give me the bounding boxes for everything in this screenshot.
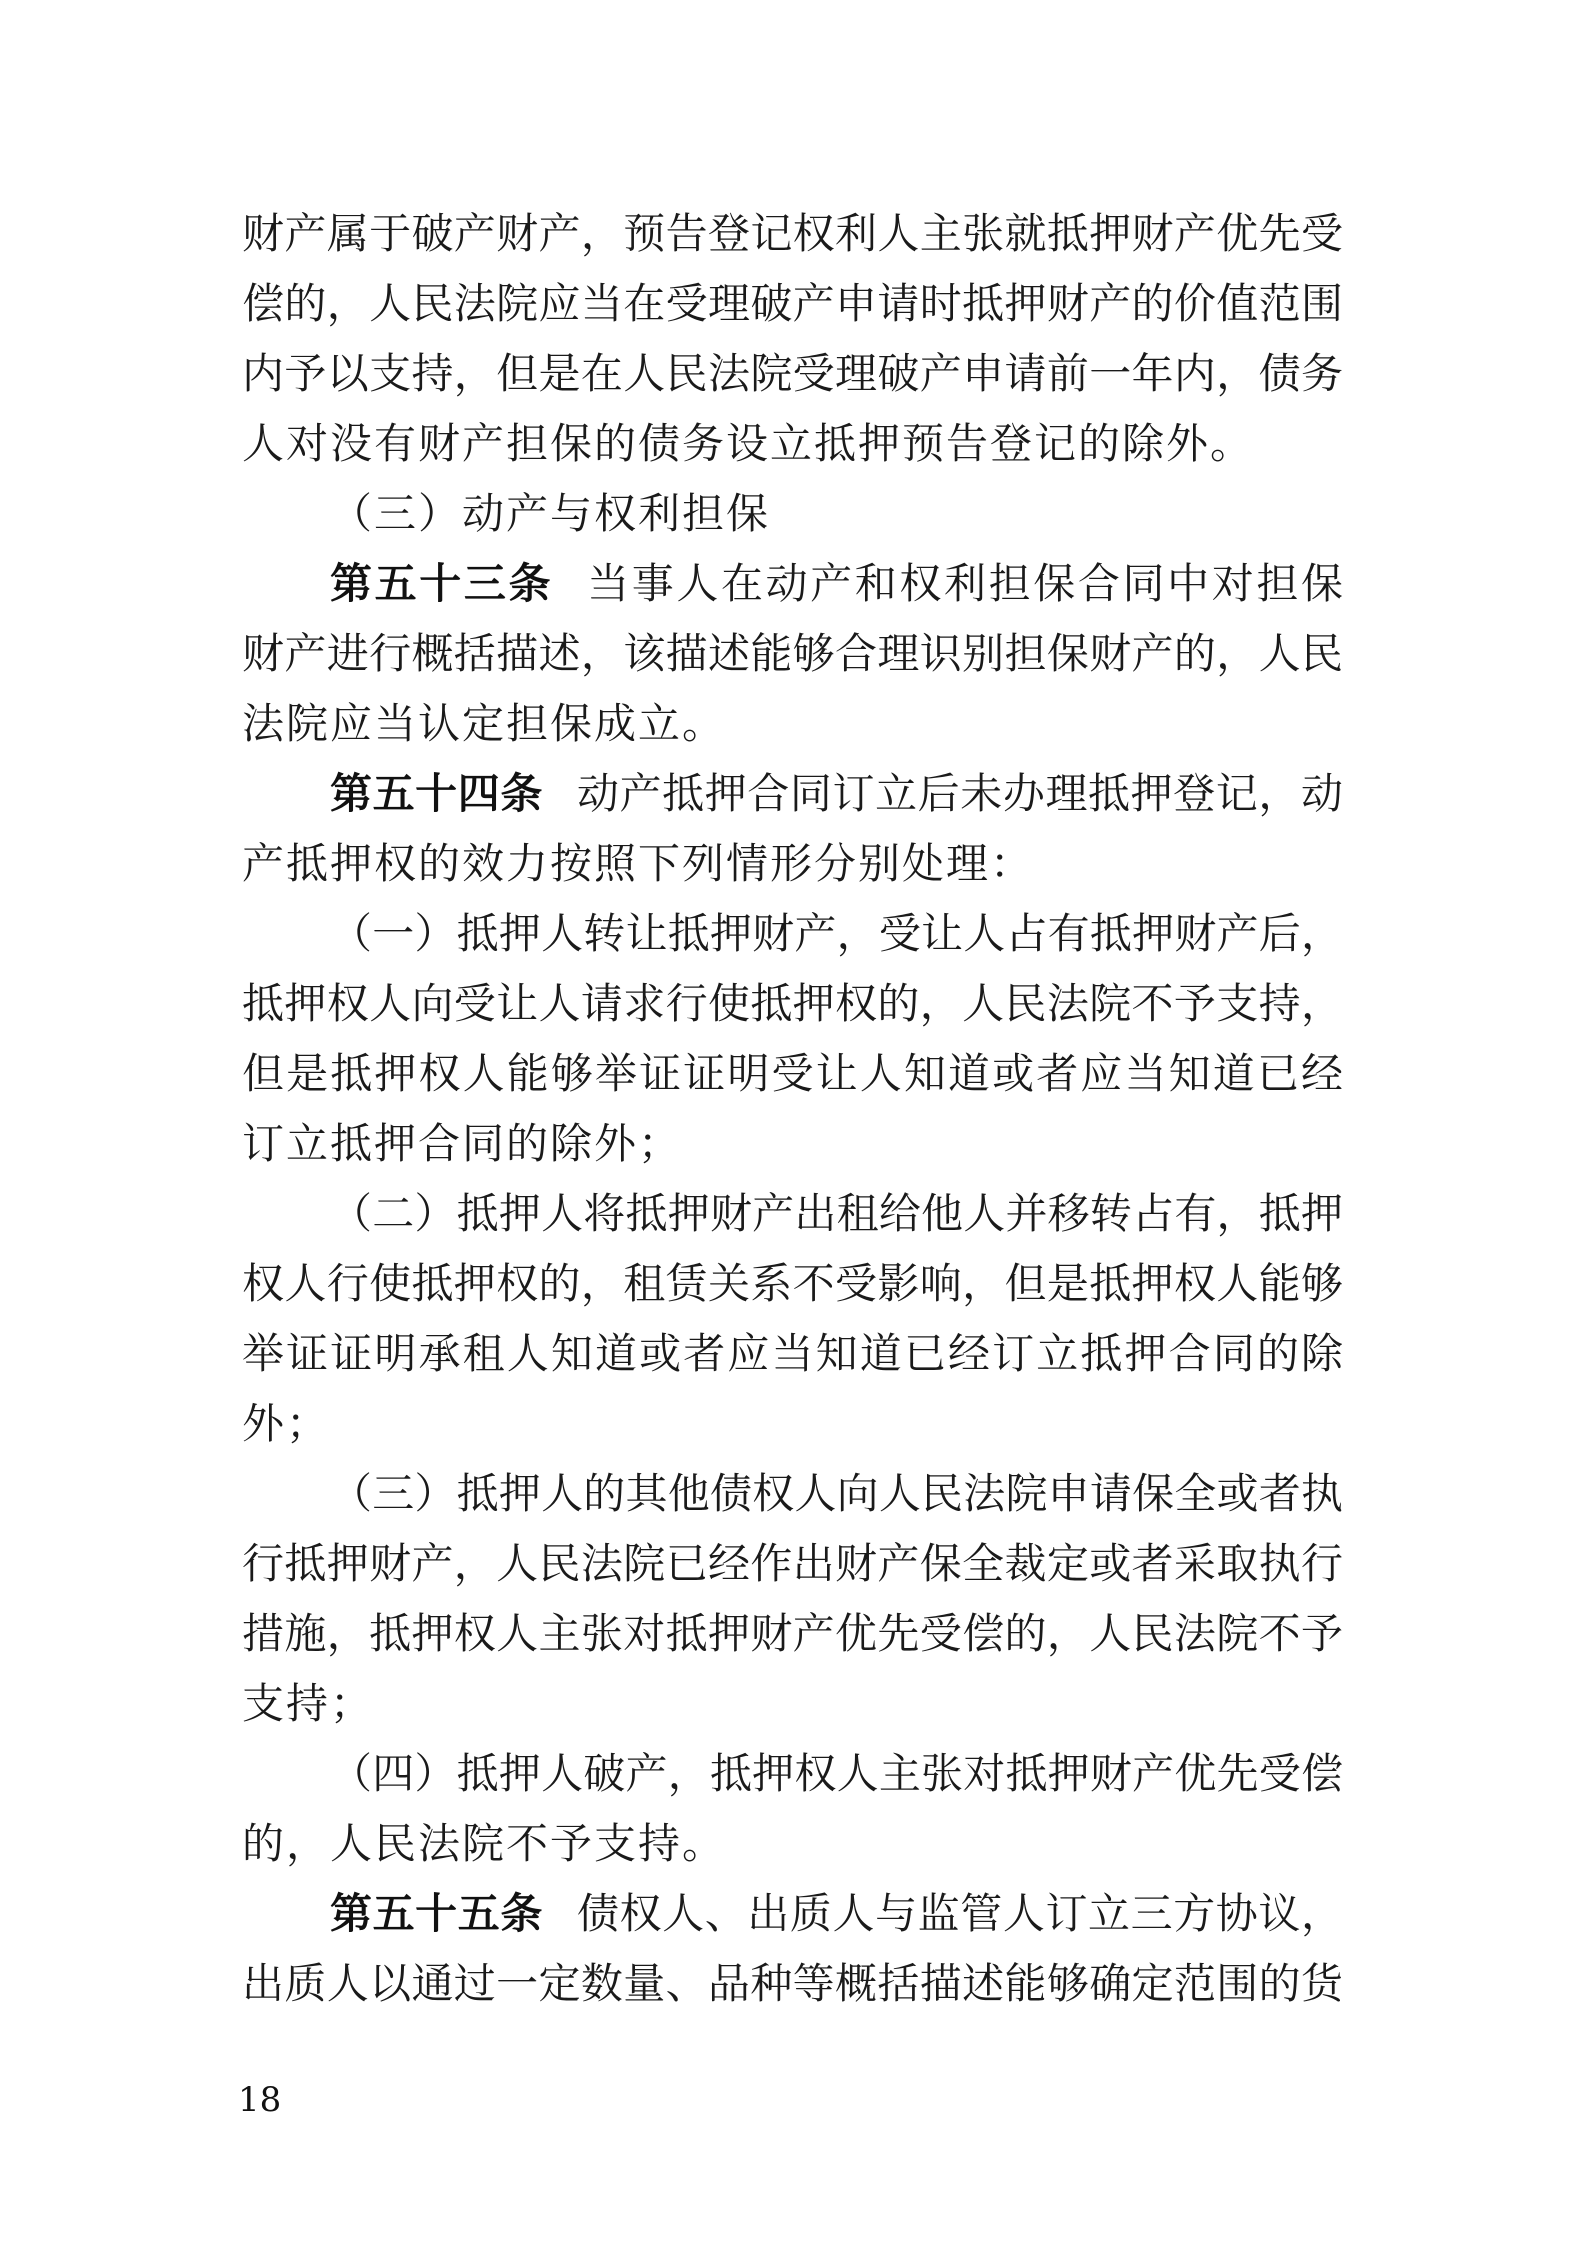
line-text: 动产抵押合同订立后未办理抵押登记，动 [577, 769, 1343, 818]
text-line: （一）抵押人转让抵押财产，受让人占有抵押财产后， [242, 899, 1343, 969]
text-line: 法院应当认定担保成立。 [242, 689, 1343, 759]
text-line: 财产属于破产财产，预告登记权利人主张就抵押财产优先受 [242, 199, 1343, 269]
text-line: （二）抵押人将抵押财产出租给他人并移转占有，抵押 [242, 1179, 1343, 1249]
text-line: 第五十五条债权人、出质人与监管人订立三方协议， [242, 1879, 1343, 1949]
document-page: 财产属于破产财产，预告登记权利人主张就抵押财产优先受偿的，人民法院应当在受理破产… [0, 0, 1587, 2245]
line-text: 债权人、出质人与监管人订立三方协议， [577, 1889, 1343, 1938]
text-line: （四）抵押人破产，抵押权人主张对抵押财产优先受偿 [242, 1739, 1343, 1809]
text-line: 订立抵押合同的除外； [242, 1109, 1343, 1179]
text-line: 的，人民法院不予支持。 [242, 1809, 1343, 1879]
text-line: 财产进行概括描述，该描述能够合理识别担保财产的，人民 [242, 619, 1343, 689]
text-block: 财产属于破产财产，预告登记权利人主张就抵押财产优先受偿的，人民法院应当在受理破产… [242, 199, 1343, 2019]
line-text: 当事人在动产和权利担保合同中对担保 [587, 559, 1343, 608]
text-line: 产抵押权的效力按照下列情形分别处理： [242, 829, 1343, 899]
text-line: 但是抵押权人能够举证证明受让人知道或者应当知道已经 [242, 1039, 1343, 1109]
article-number: 第五十三条 [330, 559, 553, 608]
text-line: 措施，抵押权人主张对抵押财产优先受偿的，人民法院不予 [242, 1599, 1343, 1669]
text-line: （三）抵押人的其他债权人向人民法院申请保全或者执 [242, 1459, 1343, 1529]
text-line: 权人行使抵押权的，租赁关系不受影响，但是抵押权人能够 [242, 1249, 1343, 1319]
text-line: 第五十四条动产抵押合同订立后未办理抵押登记，动 [242, 759, 1343, 829]
text-line: 人对没有财产担保的债务设立抵押预告登记的除外。 [242, 409, 1343, 479]
text-line: 支持； [242, 1669, 1343, 1739]
text-line: 偿的，人民法院应当在受理破产申请时抵押财产的价值范围 [242, 269, 1343, 339]
text-line: （三）动产与权利担保 [242, 479, 1343, 549]
text-line: 第五十三条当事人在动产和权利担保合同中对担保 [242, 549, 1343, 619]
text-line: 外； [242, 1389, 1343, 1459]
page-number: 18 [238, 2080, 281, 2121]
text-line: 举证证明承租人知道或者应当知道已经订立抵押合同的除 [242, 1319, 1343, 1389]
text-line: 抵押权人向受让人请求行使抵押权的，人民法院不予支持， [242, 969, 1343, 1039]
text-line: 行抵押财产，人民法院已经作出财产保全裁定或者采取执行 [242, 1529, 1343, 1599]
text-line: 内予以支持，但是在人民法院受理破产申请前一年内，债务 [242, 339, 1343, 409]
text-line: 出质人以通过一定数量、品种等概括描述能够确定范围的货 [242, 1949, 1343, 2019]
article-number: 第五十四条 [330, 769, 543, 818]
article-number: 第五十五条 [330, 1889, 543, 1938]
